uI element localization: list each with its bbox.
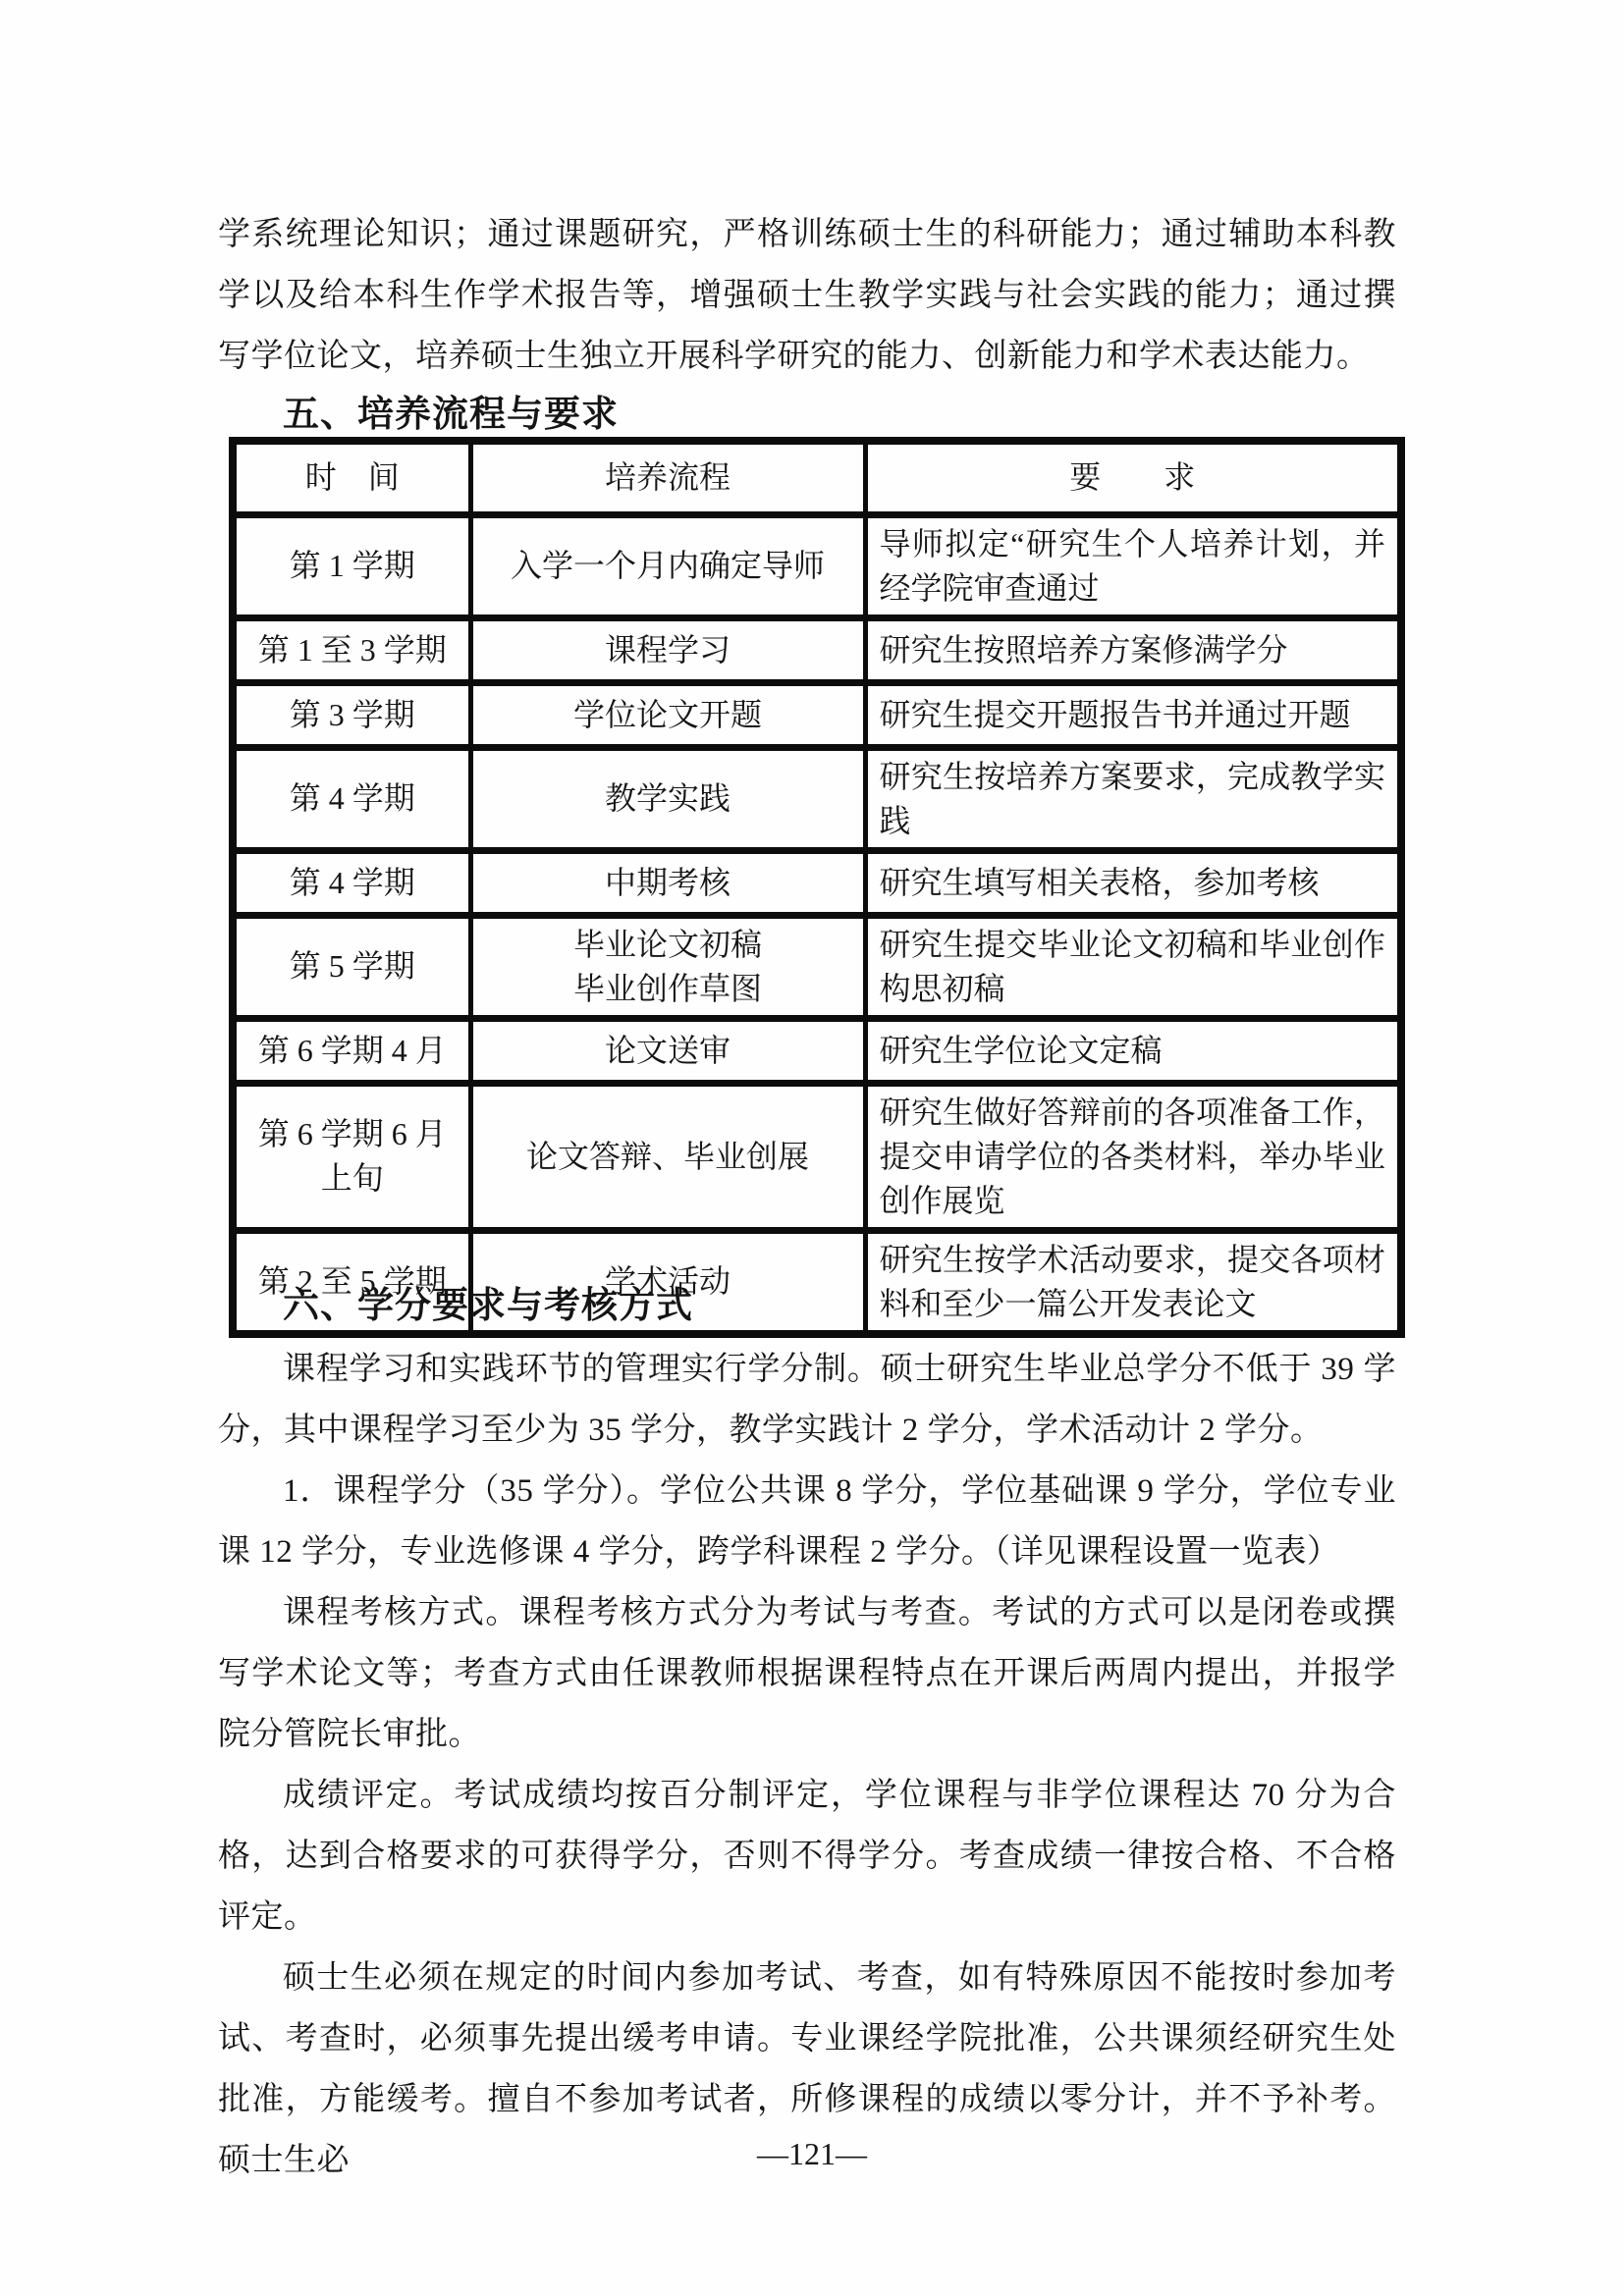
table-row: 第 6 学期 4 月 论文送审 研究生学位论文定稿 bbox=[233, 1018, 1401, 1083]
table-row: 第 3 学期 学位论文开题 研究生提交开题报告书并通过开题 bbox=[233, 682, 1401, 747]
cell-requirement: 研究生做好答辩前的各项准备工作，提交申请学位的各类材料，举办毕业创作展览 bbox=[865, 1083, 1401, 1230]
cell-time: 第 5 学期 bbox=[233, 915, 470, 1018]
paragraph-grading: 成绩评定。考试成绩均按百分制评定，学位课程与非学位课程达 70 分为合格，达到合… bbox=[218, 1765, 1396, 1948]
table-row: 第 4 学期 中期考核 研究生填写相关表格，参加考核 bbox=[233, 850, 1401, 915]
cell-time: 第 4 学期 bbox=[233, 747, 470, 850]
table-row: 第 4 学期 教学实践 研究生按培养方案要求，完成教学实践 bbox=[233, 747, 1401, 850]
table-row: 第 1 学期 入学一个月内确定导师 导师拟定“研究生个人培养计划，并经学院审查通… bbox=[233, 514, 1401, 617]
paragraph-course-credits: 1．课程学分（35 学分）。学位公共课 8 学分，学位基础课 9 学分，学位专业… bbox=[218, 1461, 1396, 1582]
cell-process: 毕业论文初稿 毕业创作草图 bbox=[470, 915, 865, 1018]
table-row: 第 6 学期 6 月 上旬 论文答辩、毕业创展 研究生做好答辩前的各项准备工作，… bbox=[233, 1083, 1401, 1230]
column-header-time: 时 间 bbox=[233, 441, 470, 514]
paragraph-credits-total: 课程学习和实践环节的管理实行学分制。硕士研究生毕业总学分不低于 39 学分，其中… bbox=[218, 1339, 1396, 1461]
cell-process: 论文送审 bbox=[470, 1018, 865, 1083]
column-header-requirement: 要 求 bbox=[865, 441, 1401, 514]
cell-time: 第 4 学期 bbox=[233, 850, 470, 915]
continuation-paragraph: 学系统理论知识；通过课题研究，严格训练硕士生的科研能力；通过辅助本科教学以及给本… bbox=[218, 204, 1396, 387]
table-row: 第 1 至 3 学期 课程学习 研究生按照培养方案修满学分 bbox=[233, 617, 1401, 682]
table-row: 第 5 学期 毕业论文初稿 毕业创作草图 研究生提交毕业论文初稿和毕业创作构思初… bbox=[233, 915, 1401, 1018]
cell-time: 第 6 学期 4 月 bbox=[233, 1018, 470, 1083]
cell-requirement: 研究生提交毕业论文初稿和毕业创作构思初稿 bbox=[865, 915, 1401, 1018]
cell-process: 教学实践 bbox=[470, 747, 865, 850]
section6-heading: 六、学分要求与考核方式 bbox=[283, 1284, 693, 1327]
page-number: —121— bbox=[0, 2132, 1624, 2175]
paragraph-assessment-modes: 课程考核方式。课程考核方式分为考试与考查。考试的方式可以是闭卷或撰写学术论文等；… bbox=[218, 1582, 1396, 1765]
training-process-table: 时 间 培养流程 要 求 第 1 学期 入学一个月内确定导师 导师拟定“研究生个… bbox=[229, 437, 1405, 1338]
cell-time: 第 6 学期 6 月 上旬 bbox=[233, 1083, 470, 1230]
section6-body: 课程学习和实践环节的管理实行学分制。硕士研究生毕业总学分不低于 39 学分，其中… bbox=[218, 1339, 1396, 2191]
cell-requirement: 研究生按照培养方案修满学分 bbox=[865, 617, 1401, 682]
cell-process: 论文答辩、毕业创展 bbox=[470, 1083, 865, 1230]
cell-requirement: 研究生学位论文定稿 bbox=[865, 1018, 1401, 1083]
cell-process: 中期考核 bbox=[470, 850, 865, 915]
cell-requirement: 研究生填写相关表格，参加考核 bbox=[865, 850, 1401, 915]
cell-time: 第 1 学期 bbox=[233, 514, 470, 617]
cell-requirement: 研究生按培养方案要求，完成教学实践 bbox=[865, 747, 1401, 850]
cell-process: 课程学习 bbox=[470, 617, 865, 682]
section5-heading: 五、培养流程与要求 bbox=[283, 393, 619, 436]
cell-time: 第 1 至 3 学期 bbox=[233, 617, 470, 682]
cell-requirement: 研究生提交开题报告书并通过开题 bbox=[865, 682, 1401, 747]
cell-time: 第 3 学期 bbox=[233, 682, 470, 747]
cell-process: 学位论文开题 bbox=[470, 682, 865, 747]
cell-requirement: 导师拟定“研究生个人培养计划，并经学院审查通过 bbox=[865, 514, 1401, 617]
column-header-process: 培养流程 bbox=[470, 441, 865, 514]
document-page: 学系统理论知识；通过课题研究，严格训练硕士生的科研能力；通过辅助本科教学以及给本… bbox=[0, 0, 1624, 2296]
cell-process: 入学一个月内确定导师 bbox=[470, 514, 865, 617]
table-header-row: 时 间 培养流程 要 求 bbox=[233, 441, 1401, 514]
cell-requirement: 研究生按学术活动要求，提交各项材料和至少一篇公开发表论文 bbox=[865, 1230, 1401, 1334]
